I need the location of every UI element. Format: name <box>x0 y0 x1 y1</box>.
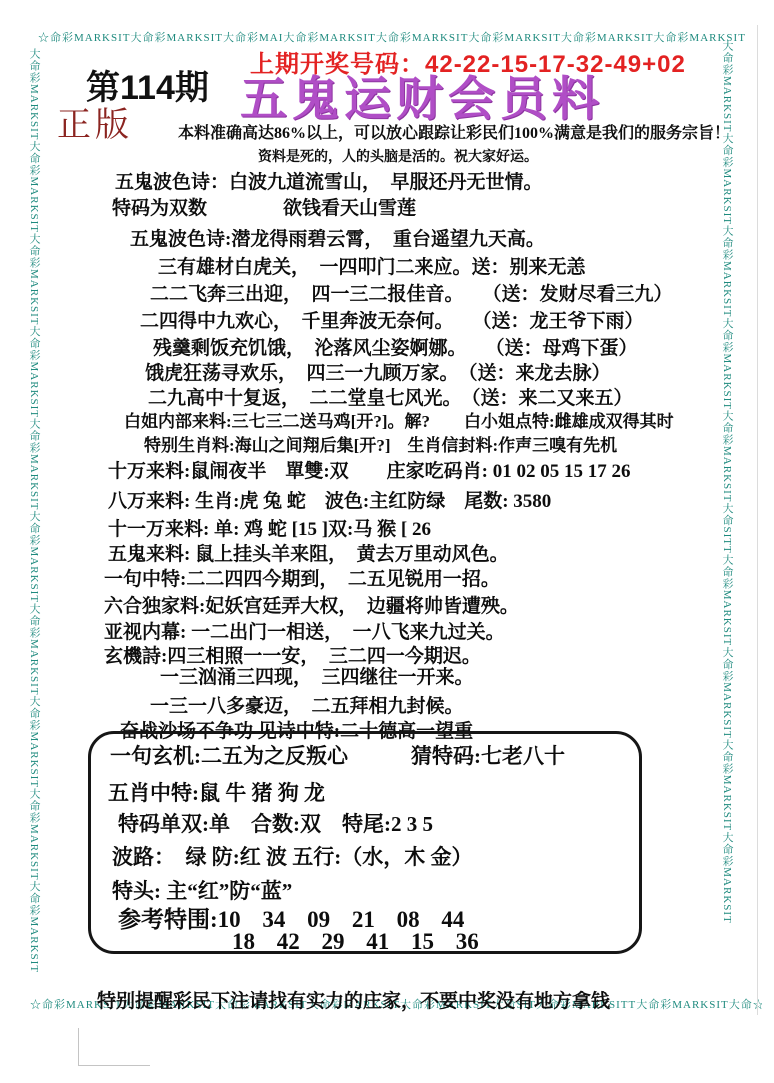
one-phrase-special-line: 一句中特:二二四四今期到， 二五见锐用一招。 <box>104 564 500 591</box>
border-left-pattern: 大命彩MARKSIT大命彩MARKSIT大命彩MARKSIT大命彩MARKSIT… <box>25 48 42 1006</box>
five-ghost-tip-line: 五鬼来料: 鼠上挂头羊来阻， 黄去万里动风色。 <box>108 539 509 566</box>
box-mystery-phrase: 一句玄机:二五为之反叛心 猜特码:七老八十 <box>110 740 565 770</box>
special-zodiac-line: 特别生肖料:海山之间翔后集[开?] 生肖信封料:作声三嗅有先机 <box>144 431 617 456</box>
eighty-k-tip-line: 八万来料: 生肖:虎 兔 蛇 波色:主红防绿 尾数: 3580 <box>108 486 551 513</box>
baijie-insider-line: 白姐内部来料:三七三二送马鸡[开?]。解? 白小姐点特:雌雄成双得其时 <box>124 407 674 432</box>
scan-artifact-horizontal <box>78 1065 150 1066</box>
footer-warning: 特别提醒彩民下注请找有实力的庄家，不要中奖没有地方拿钱 <box>97 986 610 1013</box>
accuracy-slogan: 本料准确高达86%以上，可以放心跟踪让彩民们100%满意是我们的服务宗旨！ <box>178 120 730 143</box>
page-title: 五鬼运财会员料 <box>240 62 604 129</box>
verse-line-4: 残羹剩饭充饥饿， 沦落风尘姿婀娜。 （送：母鸡下蛋） <box>153 333 638 360</box>
edition-label: 正版 <box>57 97 133 146</box>
liuhe-exclusive-line: 六合独家料:妃妖宫廷弄大权， 边疆将帅皆遭殃。 <box>104 591 519 618</box>
atv-insider-line: 亚视内幕: 一二出门一相送， 一八飞来九过关。 <box>104 617 505 644</box>
special-even-line: 特码为双数 欲钱看天山雪莲 <box>112 193 416 220</box>
motto-line: 资料是死的，人的头脑是活的。祝大家好运。 <box>258 146 538 166</box>
one-ten-k-tip-line: 十一万来料: 单: 鸡 蛇 [15 ]双:马 猴 [ 26 <box>108 514 431 541</box>
box-reference-numbers-row-2: 18 42 29 41 15 36 <box>232 929 479 955</box>
scan-artifact-vertical <box>78 1028 79 1066</box>
verse-line-3: 二四得中九欢心， 千里奔波无奈何。 （送：龙王爷下雨） <box>140 306 644 333</box>
wave-poem-line-1: 五鬼波色诗：白波九道流雪山， 早服还丹无世情。 <box>115 167 543 194</box>
verse-line-1: 三有雄材白虎关， 一四叩门二来应。送：别来无恙 <box>158 252 586 279</box>
box-five-zodiac: 五肖中特:鼠 牛 猪 狗 龙 <box>108 777 325 807</box>
verse-line-2: 二二飞奔三出迎， 四一三二报佳音。 （送：发财尽看三九） <box>150 279 673 306</box>
mystery-poem-line-2: 一三汹涌三四现， 三四继往一开来。 <box>160 662 474 689</box>
lottery-tip-sheet-page: ☆命彩MARKSIT大命彩MARKSIT大命彩MAI大命彩MARKSIT大命彩M… <box>0 0 774 1083</box>
border-right-pattern: 大命彩MARKSIT大命彩MARKSIT大命彩MARKSIT大命彩MARKSIT… <box>718 40 735 1004</box>
verse-line-6: 二九高中十复返， 二二堂皇七风光。 （送：来二又来五） <box>148 383 633 410</box>
heroic-verse-line: 一三一八多豪迈， 二五拜相九封候。 <box>150 691 464 718</box>
wave-poem-line-2: 五鬼波色诗:潜龙得雨碧云霄， 重台遥望九天高。 <box>130 224 545 251</box>
hundred-k-tip-line: 十万来料:鼠闹夜半 單雙:双 庄家吃码肖: 01 02 05 15 17 26 <box>108 456 630 483</box>
box-odd-even: 特码单双:单 合数:双 特尾:2 3 5 <box>118 808 433 838</box>
box-wave-path: 波路： 绿 防:红 波 五行:（水，木 金） <box>112 841 473 871</box>
page-edge-line <box>757 25 758 1015</box>
verse-line-5: 饿虎狂荡寻欢乐， 四三一九顾万家。 （送：来龙去脉） <box>145 358 611 385</box>
